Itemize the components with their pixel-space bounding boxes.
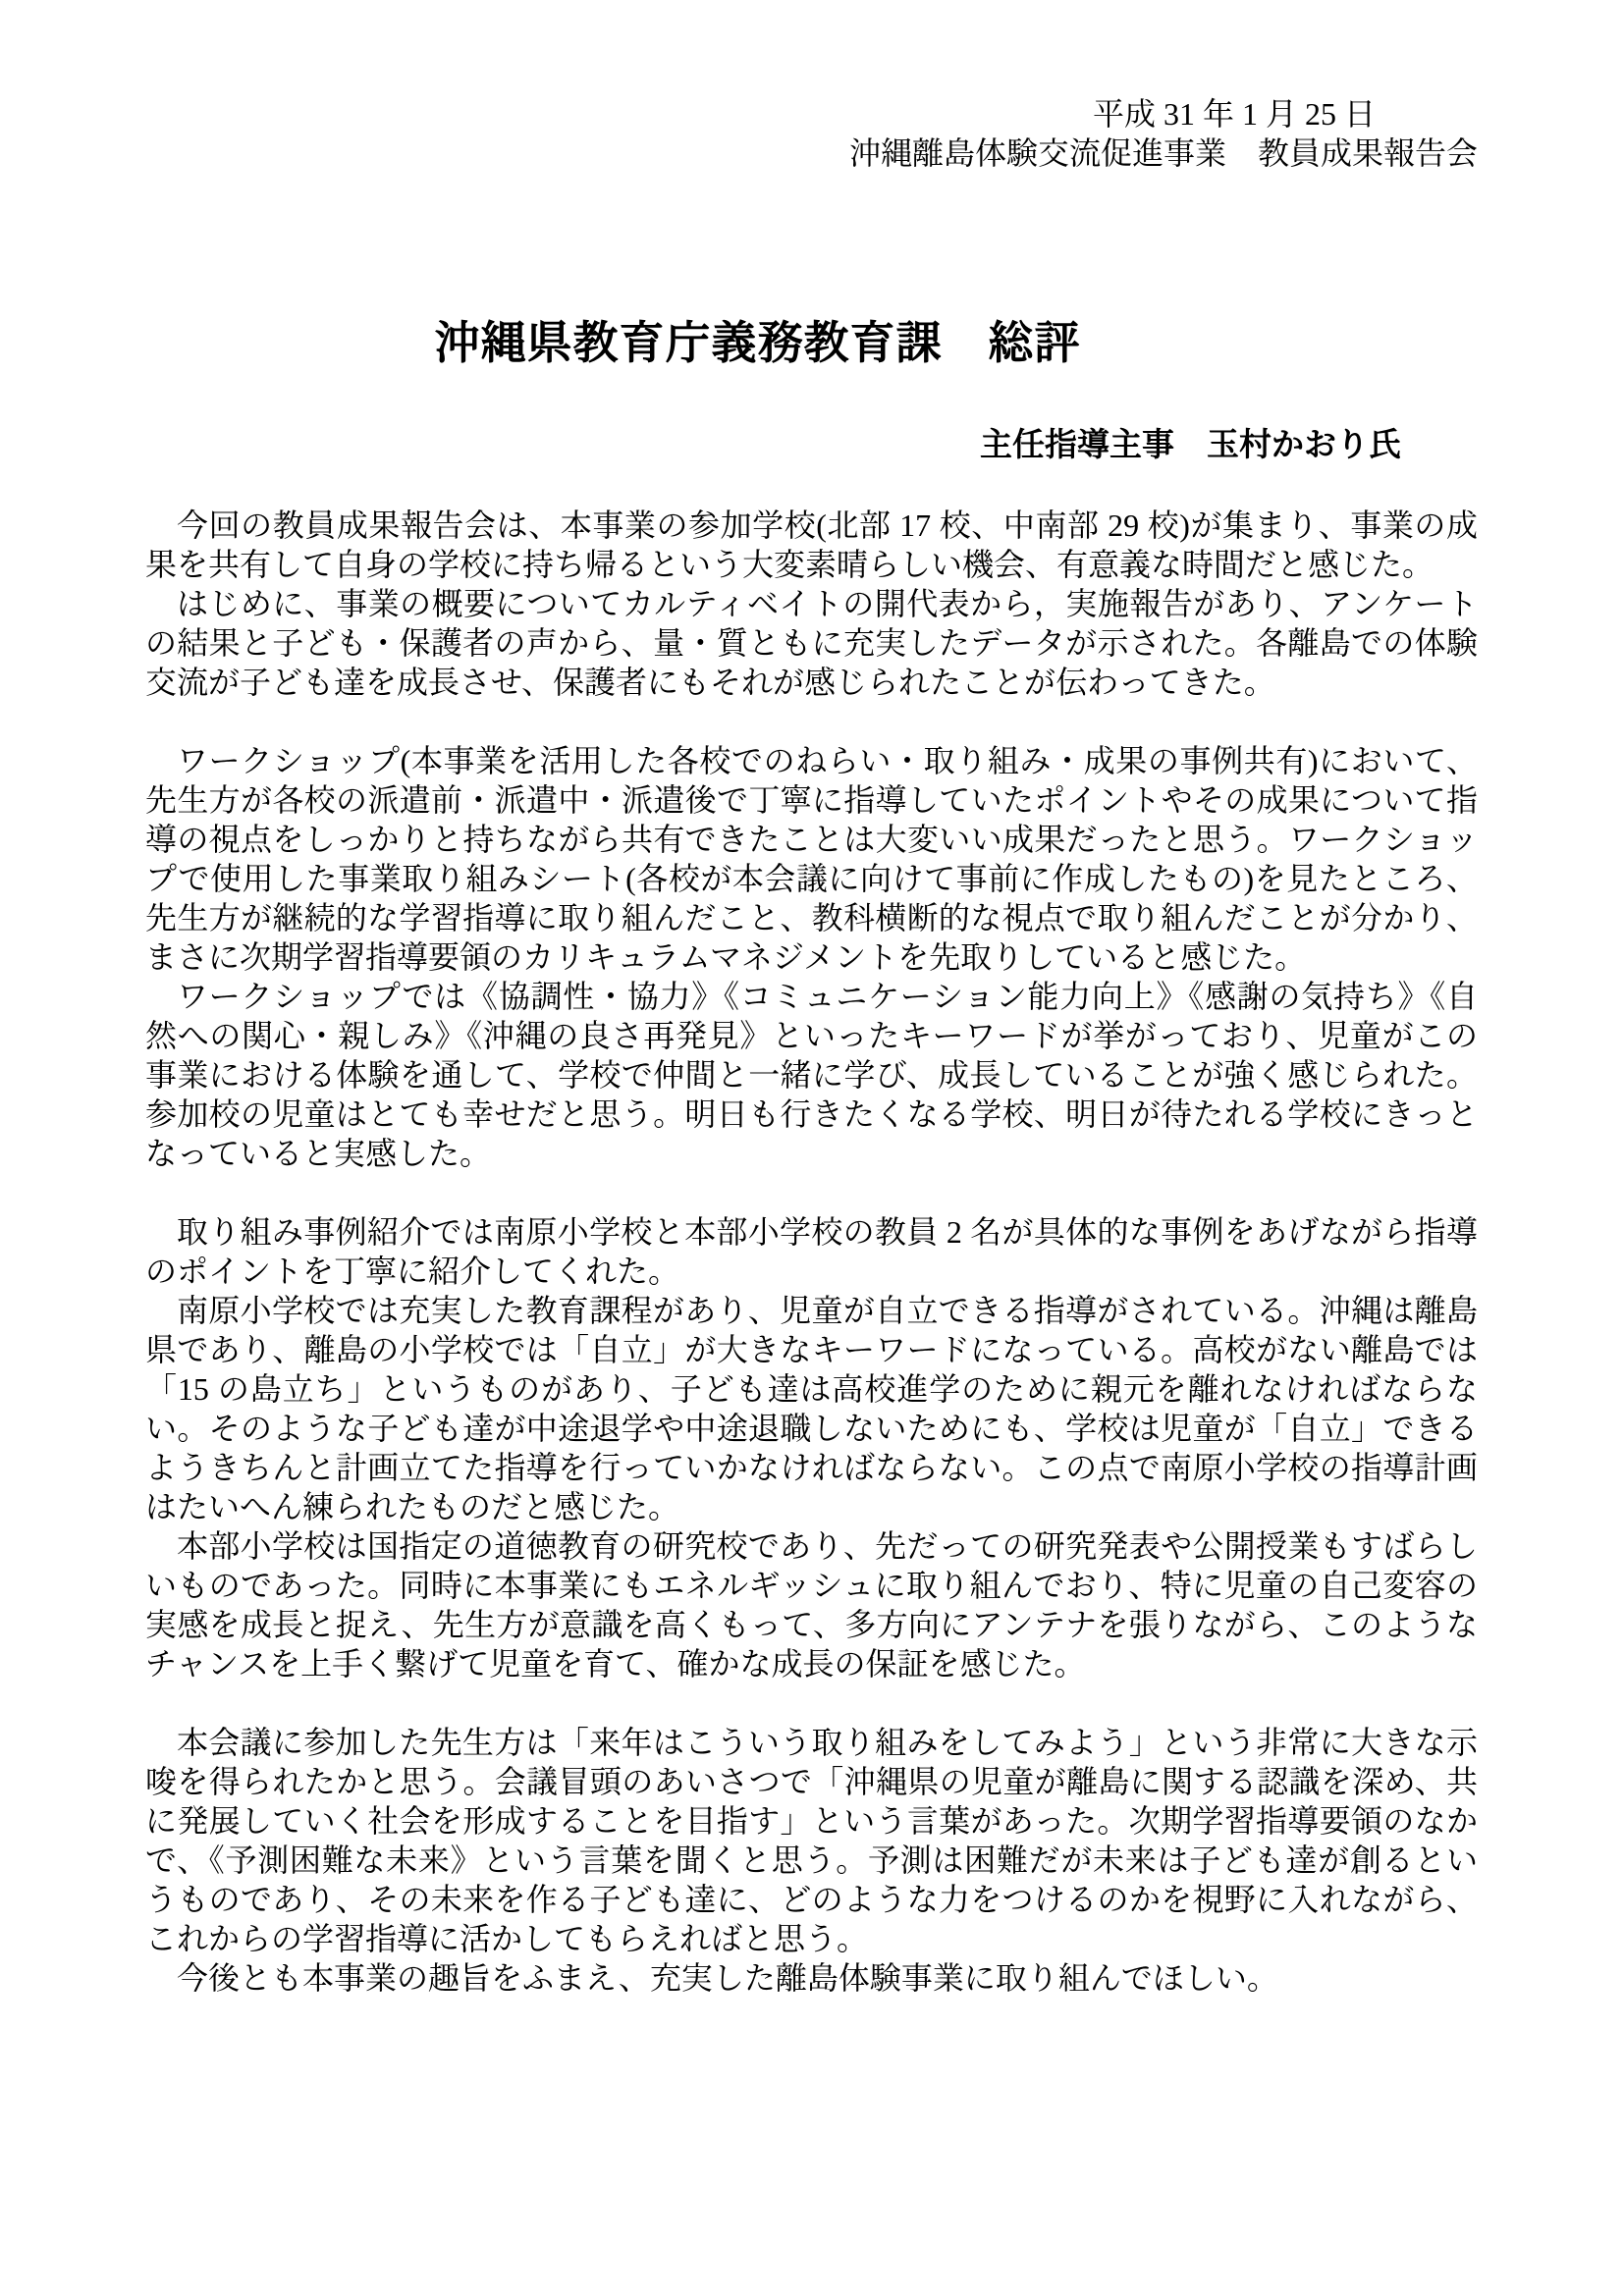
paragraph: 今後とも本事業の趣旨をふまえ、充実した離島体験事業に取り組んでほしい。	[145, 1958, 1478, 1998]
date-line: 平成 31 年 1 月 25 日	[145, 94, 1478, 133]
paragraph: はじめに、事業の概要についてカルティベイトの開代表から，実施報告があり、アンケー…	[145, 584, 1478, 702]
section-introduction: 今回の教員成果報告会は、本事業の参加学校(北部 17 校、中南部 29 校)が集…	[145, 506, 1478, 702]
paragraph: ワークショップ(本事業を活用した各校でのねらい・取り組み・成果の事例共有)におい…	[145, 741, 1478, 977]
paragraph: 南原小学校では充実した教育課程があり、児童が自立できる指導がされている。沖縄は離…	[145, 1291, 1478, 1526]
section-workshop: ワークショップ(本事業を活用した各校でのねらい・取り組み・成果の事例共有)におい…	[145, 741, 1478, 1173]
paragraph: 本会議に参加した先生方は「来年はこういう取り組みをしてみよう」という非常に大きな…	[145, 1723, 1478, 1958]
paragraph: 今回の教員成果報告会は、本事業の参加学校(北部 17 校、中南部 29 校)が集…	[145, 506, 1478, 584]
paragraph: 取り組み事例紹介では南原小学校と本部小学校の教員 2 名が具体的な事例をあげなが…	[145, 1212, 1478, 1291]
paragraph: ワークショップでは《協調性・協力》《コミュニケーション能力向上》《感謝の気持ち》…	[145, 977, 1478, 1173]
paragraph: 本部小学校は国指定の道徳教育の研究校であり、先だっての研究発表や公開授業もすばら…	[145, 1526, 1478, 1683]
document-header: 平成 31 年 1 月 25 日 沖縄離島体験交流促進事業 教員成果報告会	[145, 94, 1478, 173]
document-page: 平成 31 年 1 月 25 日 沖縄離島体験交流促進事業 教員成果報告会 沖縄…	[0, 0, 1623, 2296]
page-title: 沖縄県教育庁義務教育課 総評	[91, 320, 1424, 365]
section-case-studies: 取り組み事例紹介では南原小学校と本部小学校の教員 2 名が具体的な事例をあげなが…	[145, 1212, 1478, 1683]
event-title-line: 沖縄離島体験交流促進事業 教員成果報告会	[145, 133, 1478, 173]
document-body: 今回の教員成果報告会は、本事業の参加学校(北部 17 校、中南部 29 校)が集…	[145, 506, 1478, 1998]
section-conclusion: 本会議に参加した先生方は「来年はこういう取り組みをしてみよう」という非常に大きな…	[145, 1723, 1478, 1998]
author-line: 主任指導主事 玉村かおり氏	[145, 428, 1478, 460]
